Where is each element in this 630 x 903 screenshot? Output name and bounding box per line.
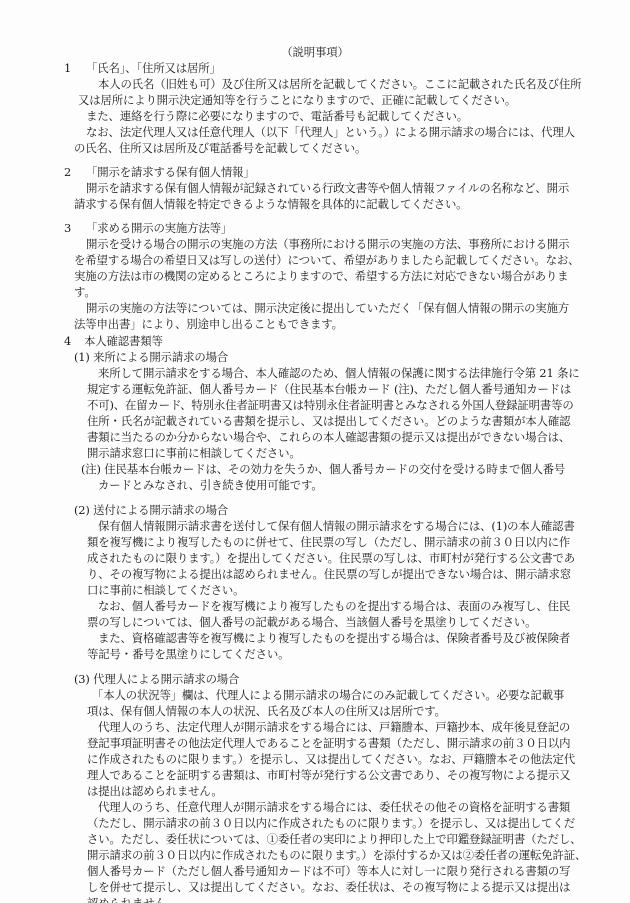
- subsection-3-line: さい。ただし、委任状については、①委任者の実印により押印した上で印鑑登録証明書（…: [87, 832, 581, 846]
- subsection-1-line: 書類に当たるのか分からない場合や、これらの本人確認書類の提示又は提出ができない場…: [87, 430, 570, 444]
- subsection-3-line: 理人であることを証明する書類は、市町村等が発行する公文書であり、その複写物による…: [87, 768, 570, 782]
- subsection-1-heading: (1) 来所による開示請求の場合: [74, 350, 228, 364]
- section-1-line: 本人の氏名（旧姓も可）及び住所又は居所を記載してください。ここに記載された氏名及…: [98, 77, 581, 91]
- subsection-1-line: 規定する運転免許証、個人番号カード（住民基本台帳カード (注)、ただし個人番号通…: [87, 382, 571, 396]
- subsection-2-line: 口に事前に相談してください。: [87, 583, 244, 597]
- section-1-line: また、連絡を行う際に必要になりますので、電話番号も記載してください。: [86, 109, 468, 123]
- subsection-2-line: り、その複写物による提出は認められません。住民票の写しが提出できない場合は、開示…: [87, 567, 571, 581]
- subsection-3-heading: (3) 代理人による開示請求の場合: [74, 672, 239, 686]
- document-title: （説明事項）: [0, 45, 630, 59]
- subsection-3-line: は提出は認められません。: [87, 784, 223, 798]
- subsection-1-line: 開示請求窓口に事前に相談してください。: [87, 446, 301, 460]
- subsection-2-line: 成されたものに限ります。）を提出してください。住民票の写しは、市町村が発行する公…: [87, 551, 575, 565]
- section-3-line: 開示を受ける場合の開示の実施の方法（事務所における開示の実施の方法、事務所におけ…: [86, 237, 569, 251]
- section-1-heading: 「氏名」、「住所又は居所」: [86, 61, 221, 75]
- subsection-2-line: 等記号・番号を黒塗りにしてください。: [87, 647, 289, 661]
- section-2-line: 開示を請求する保有個人情報が記録されている行政文書等や個人情報ファイルの名称など…: [86, 181, 569, 195]
- section-3-line: 法等申出書」により、別途申し出ることもできます。: [74, 317, 343, 331]
- section-1-line: 又は居所により開示決定通知等を行うことになりますので、正確に記載してください。: [78, 93, 516, 107]
- section-4-number: 4: [64, 334, 71, 348]
- section-3-line: 開示の実施の方法等については、開示決定後に提出していただく「保有個人情報の開示の…: [86, 301, 569, 315]
- subsection-2-heading: (2) 送付による開示請求の場合: [74, 503, 228, 517]
- subsection-3-line: 代理人のうち、法定代理人が開示請求をする場合には、戸籍謄本、戸籍抄本、成年後見登…: [98, 720, 570, 734]
- subsection-3-line: 開示請求の前３０日以内に作成されたものに限ります。）を添付するか又は②委任者の運…: [87, 848, 586, 862]
- subsection-3-line: 項は、保有個人情報の本人の状況、氏名及び本人の住所又は居所です。: [87, 704, 446, 718]
- section-3-line: す。: [74, 285, 96, 299]
- section-4-heading: 本人確認書類等: [84, 334, 163, 348]
- subsection-2-line: なお、個人番号カードを複写機により複写したものを提出する場合は、表面のみ複写し、…: [98, 599, 570, 613]
- subsection-3-line: に作成されたものに限ります。）を提示し、又は提出してください。なお、戸籍謄本その…: [87, 752, 575, 766]
- subsection-3-line: しを併せて提示し、又は提出してください。なお、委任状は、その複写物による提示又は…: [87, 880, 570, 894]
- subsection-3-line: 「本人の状況等」欄は、代理人による開示請求の場合にのみ記載してください。必要な記…: [92, 688, 564, 702]
- subsection-2-line: また、資格確認書等を複写機により複写したものを提出する場合は、保険者番号及び被保…: [98, 631, 570, 645]
- subsection-1-line: 来所して開示請求をする場合、本人確認のため、個人情報の保護に関する法律施行令第 …: [98, 366, 580, 380]
- section-2-number: 2: [64, 165, 71, 179]
- subsection-3-line: 登記事項証明書その他法定代理人であることを証明する書類（ただし、開示請求の前３０…: [87, 736, 570, 750]
- section-3-heading: 「求める開示の実施方法等」: [86, 221, 232, 235]
- subsection-3-line: 認められません。: [87, 896, 178, 903]
- subsection-1-note: カードとみなされ、引き続き使用可能です。: [98, 478, 323, 492]
- section-2-heading: 「開示を請求する保有個人情報」: [86, 165, 255, 179]
- subsection-3-line: 個人番号カード（ただし個人番号通知カードは不可）等本人に対し一に限り発行される書…: [87, 864, 570, 878]
- subsection-3-line: 代理人のうち、任意代理人が開示請求をする場合には、委任状その他その資格を証明する…: [98, 800, 570, 814]
- subsection-3-line: （ただし、開示請求の前３０日以内に作成されたものに限ります。）を提示し、又は提出…: [87, 816, 575, 830]
- section-3-number: 3: [64, 221, 71, 235]
- section-1-number: 1: [64, 61, 71, 75]
- subsection-1-line: 住所・氏名が記載されている書類を提示し、又は提出してください。どのような書類が本…: [87, 414, 570, 428]
- section-3-line: を希望する場合の希望日又は写しの送付）について、希望がありましたら記載してくださ…: [74, 253, 579, 267]
- subsection-2-line: 票の写しについては、個人番号の記載がある場合、当該個人番号を黒塗りしてください。: [87, 615, 536, 629]
- section-2-line: 請求する保有個人情報を特定できるような情報を具体的に記載してください。: [74, 197, 467, 211]
- subsection-1-note: (注) 住民基本台帳カードは、その効力を失うか、個人番号カードの交付を受ける時ま…: [81, 462, 565, 476]
- section-1-line: なお、法定代理人又は任意代理人（以下「代理人」という。）による開示請求の場合には…: [86, 125, 575, 139]
- section-3-line: 実施の方法は市の機関の定めるところによりますので、希望する方法に対応できない場合…: [74, 269, 568, 283]
- section-1-line: の氏名、住所又は居所及び電話番号を記載してください。: [74, 141, 366, 155]
- subsection-2-line: 類を複写機により複写したものに併せて、住民票の写し（ただし、開示請求の前３０日以…: [87, 535, 570, 549]
- subsection-1-line: 不可)、在留カード、特別永住者証明書又は特別永住者証明書とみなされる外国人登録証…: [87, 398, 574, 412]
- subsection-2-line: 保有個人情報開示請求書を送付して保有個人情報の開示請求をする場合には、(1)の本…: [98, 519, 575, 533]
